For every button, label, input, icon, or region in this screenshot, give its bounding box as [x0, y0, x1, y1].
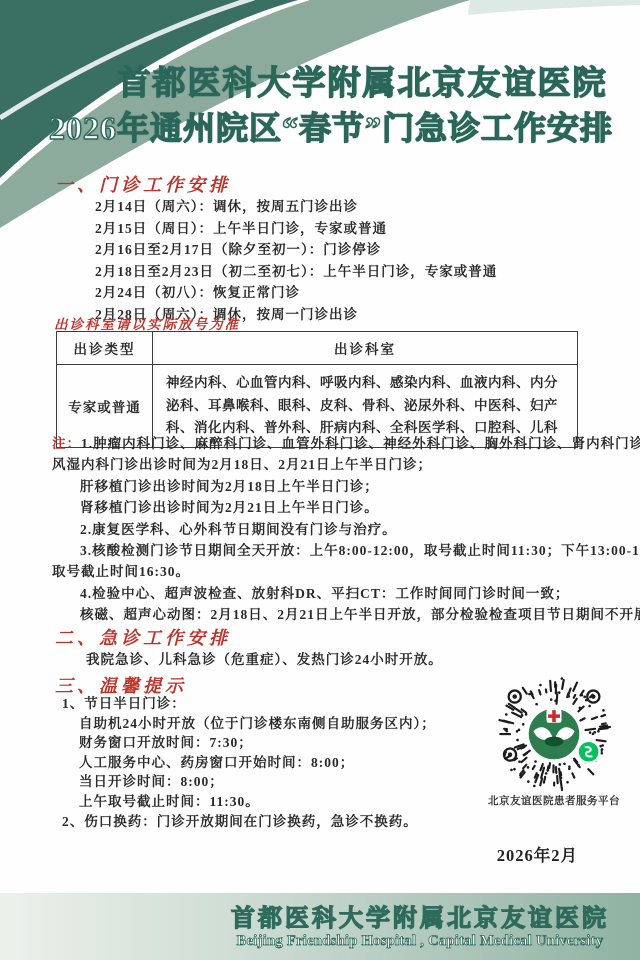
miniprogram-badge-icon — [576, 740, 600, 764]
logo-center-ellipse — [545, 737, 564, 747]
note-line: 注：1.肿瘤内科门诊、麻醉科门诊、血管外科门诊、神经外科门诊、胸外科门诊、肾内科… — [52, 433, 612, 454]
footer-band: 首都医科大学附属北京友谊医院 Beijing Friendship Hospit… — [0, 893, 640, 960]
tip-item: 人工服务中心、药房窗口开始时间：8:00； — [62, 753, 436, 773]
section2-heading: 二、急诊工作安排 — [55, 624, 231, 650]
tips-list: 1、节日半日门诊： 自助机24小时开放（位于门诊楼东南侧自助服务区内）； 财务窗… — [62, 694, 436, 831]
note-line: 肝移植门诊出诊时间为2月18日上午半日门诊； — [52, 476, 612, 497]
schedule-line: 2月24日（初八）：恢复正常门诊 — [95, 282, 497, 304]
hospital-logo — [529, 709, 580, 760]
tip-item: 2、伤口换药：门诊开放期间在门诊换药，急诊不换药。 — [62, 812, 436, 832]
footer-hospital-name-en: Beijing Friendship Hospital , Capital Me… — [0, 933, 640, 950]
qr-code-block: 北京友谊医院患者服务平台 — [470, 676, 638, 808]
tip-item: 财务窗口开放时间：7:30； — [62, 733, 436, 753]
note-line: 肾移植门诊出诊时间为2月21日上午半日门诊。 — [52, 497, 612, 518]
note-text: 1.肿瘤内科门诊、麻醉科门诊、血管外科门诊、神经外科门诊、胸外科门诊、肾内科门诊… — [81, 436, 640, 451]
note-line: 取号截止时间16:30。 — [52, 561, 612, 582]
tip-item: 自助机24小时开放（位于门诊楼东南侧自助服务区内）； — [62, 714, 436, 734]
table-header-departments: 出诊科室 — [153, 332, 578, 365]
footer-hospital-name-cn: 首都医科大学附属北京友谊医院 — [0, 898, 640, 933]
wechat-miniprogram-qr-code — [496, 676, 612, 792]
emergency-info: 我院急诊、儿科急诊（危重症）、发热门诊24小时开放。 — [86, 648, 443, 668]
qr-caption: 北京友谊医院患者服务平台 — [470, 793, 638, 808]
poster-title-line1: 首都医科大学附属北京友谊医院 — [90, 57, 635, 104]
table-header-row: 出诊类型 出诊科室 — [57, 332, 578, 365]
notes-block: 注：1.肿瘤内科门诊、麻醉科门诊、血管外科门诊、神经外科门诊、胸外科门诊、肾内科… — [52, 433, 612, 626]
header-top-right-tint — [468, 0, 640, 15]
issue-date: 2026年2月 — [497, 842, 578, 866]
schedule-line: 2月18日至2月23日（初二至初七）：上午半日门诊，专家或普通 — [95, 261, 497, 283]
note-line: 核磁、超声心动图：2月18日、2月21日上午半日开放，部分检验检查项目节日期间不… — [52, 604, 612, 625]
section1-heading: 一、门诊工作安排 — [55, 171, 231, 197]
schedule-line: 2月15日（周日）：上午半日门诊，专家或普通 — [95, 218, 497, 240]
schedule-line: 2月14日（周六）：调休，按周五门诊出诊 — [95, 196, 497, 218]
registration-disclaimer: 出诊科室请以实际放号为准 — [54, 313, 240, 333]
departments-table: 出诊类型 出诊科室 专家或普通 神经内科、心血管内科、呼吸内科、感染内科、血液内… — [56, 331, 578, 448]
table-header-type: 出诊类型 — [57, 332, 153, 365]
tip-item: 1、节日半日门诊： — [62, 694, 436, 714]
tip-item: 当日开诊时间：8:00； — [62, 772, 436, 792]
note-line: 2.康复医学科、心外科节日期间没有门诊与治疗。 — [52, 519, 612, 540]
note-line: 风湿内科门诊出诊时间为2月18日、2月21日上午半日门诊； — [52, 454, 612, 475]
tip-item: 上午取号截止时间：11:30。 — [62, 792, 436, 812]
note-line: 3.核酸检测门诊节日期间全天开放：上午8:00-12:00，取号截止时间11:3… — [52, 540, 612, 561]
schedule-line: 2月16日至2月17日（除夕至初一）：门诊停诊 — [95, 239, 497, 261]
outpatient-schedule-list: 2月14日（周六）：调休，按周五门诊出诊 2月15日（周日）：上午半日门诊，专家… — [95, 196, 497, 326]
poster-title-line2: 2026年通州院区“春节”门急诊工作安排 — [25, 103, 637, 149]
notice-poster: 首都医科大学附属北京友谊医院 2026年通州院区“春节”门急诊工作安排 一、门诊… — [0, 0, 640, 960]
note-line: 4.检验中心、超声波检查、放射科DR、平扫CT：工作时间同门诊时间一致； — [52, 583, 612, 604]
note-label: 注： — [52, 436, 81, 451]
